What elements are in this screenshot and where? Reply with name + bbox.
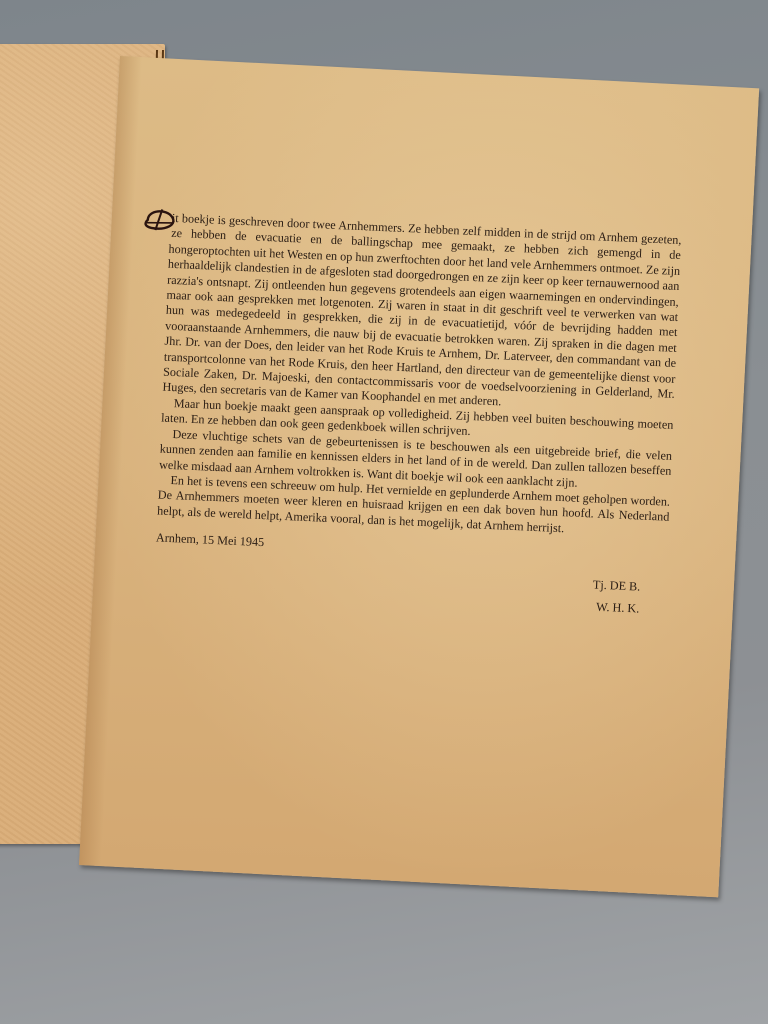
booklet-page: it boekje is geschreven door twee Arnhem… [79, 56, 759, 897]
paragraph-text: it boekje is geschreven door twee Arnhem… [162, 211, 682, 409]
paragraph-intro: it boekje is geschreven door twee Arnhem… [162, 211, 682, 418]
page-text: it boekje is geschreven door twee Arnhem… [153, 211, 681, 620]
photo-scene: it boekje is geschreven door twee Arnhem… [0, 0, 768, 1024]
drop-cap-d-icon [143, 206, 170, 233]
